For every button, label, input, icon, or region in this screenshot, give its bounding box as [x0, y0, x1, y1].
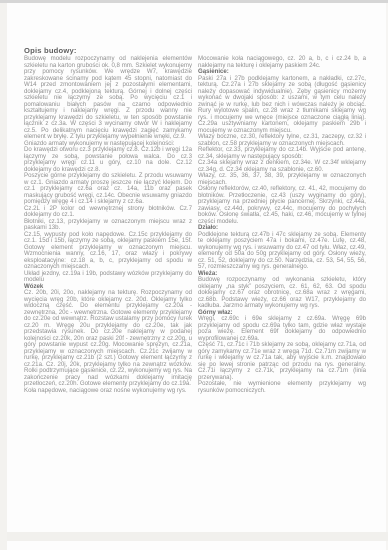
scan-edge-bottom	[7, 532, 388, 541]
paragraph: Koła napędowe, naciągowe oraz nośne wyko…	[24, 388, 192, 395]
scan-edge-top	[0, 0, 388, 3]
paragraph: Wręgi, cz.69c i 69e sklejamy z cz.69a. W…	[198, 316, 366, 342]
page-content: Opis budowy: Budowę modelu rozpoczynamy …	[24, 46, 366, 394]
paragraph: Do krawędzi otworu cz.3 przyklejamy cz.8…	[24, 147, 192, 173]
scan-edge-left	[0, 3, 7, 550]
paragraph: Cz. 20b, 20i, 20o, naklejamy na tekturę.…	[24, 290, 192, 388]
paragraph: Budowę modelu rozpoczynamy od naklejenia…	[24, 56, 192, 141]
paragraph: Podklejone tekturą cz.47b i 47c sklejamy…	[198, 232, 366, 271]
paragraph: Poszycie górne przyklejamy do szkieletu.…	[24, 173, 192, 206]
paragraph: Cz.2L i 2P kolor od wewnętrznej strony b…	[24, 206, 192, 219]
scanned-instruction-page: Opis budowy: Budowę modelu rozpoczynamy …	[0, 0, 388, 550]
paragraph: Błotniki, cz.13, przyklejamy w oznaczony…	[24, 219, 192, 232]
paragraph: Pozostałe, nie wymienione elementy przyk…	[198, 381, 366, 394]
paragraph: Układ jezdny, cz.19a i 19b, podstawy wóz…	[24, 271, 192, 284]
page-title: Opis budowy:	[24, 46, 192, 55]
left-column: Opis budowy: Budowę modelu rozpoczynamy …	[24, 46, 192, 394]
paragraph: Osłony reflektorów, cz.40, reflektory, c…	[198, 186, 366, 225]
right-column: Mocowanie koła naciągowego, cz. 20 a, b,…	[198, 46, 366, 394]
paragraph: Część 71, cz.71c i 71b sklejamy ze sobą,…	[198, 342, 366, 381]
paragraph: Cz.15, wypusty pod koło napędowe. Cz.15c…	[24, 232, 192, 271]
paragraph: Budowę rozpoczynamy od wykonania szkiele…	[198, 277, 366, 310]
paragraph: Paski 27a i 27b podklejamy kartonem, a n…	[198, 76, 366, 135]
